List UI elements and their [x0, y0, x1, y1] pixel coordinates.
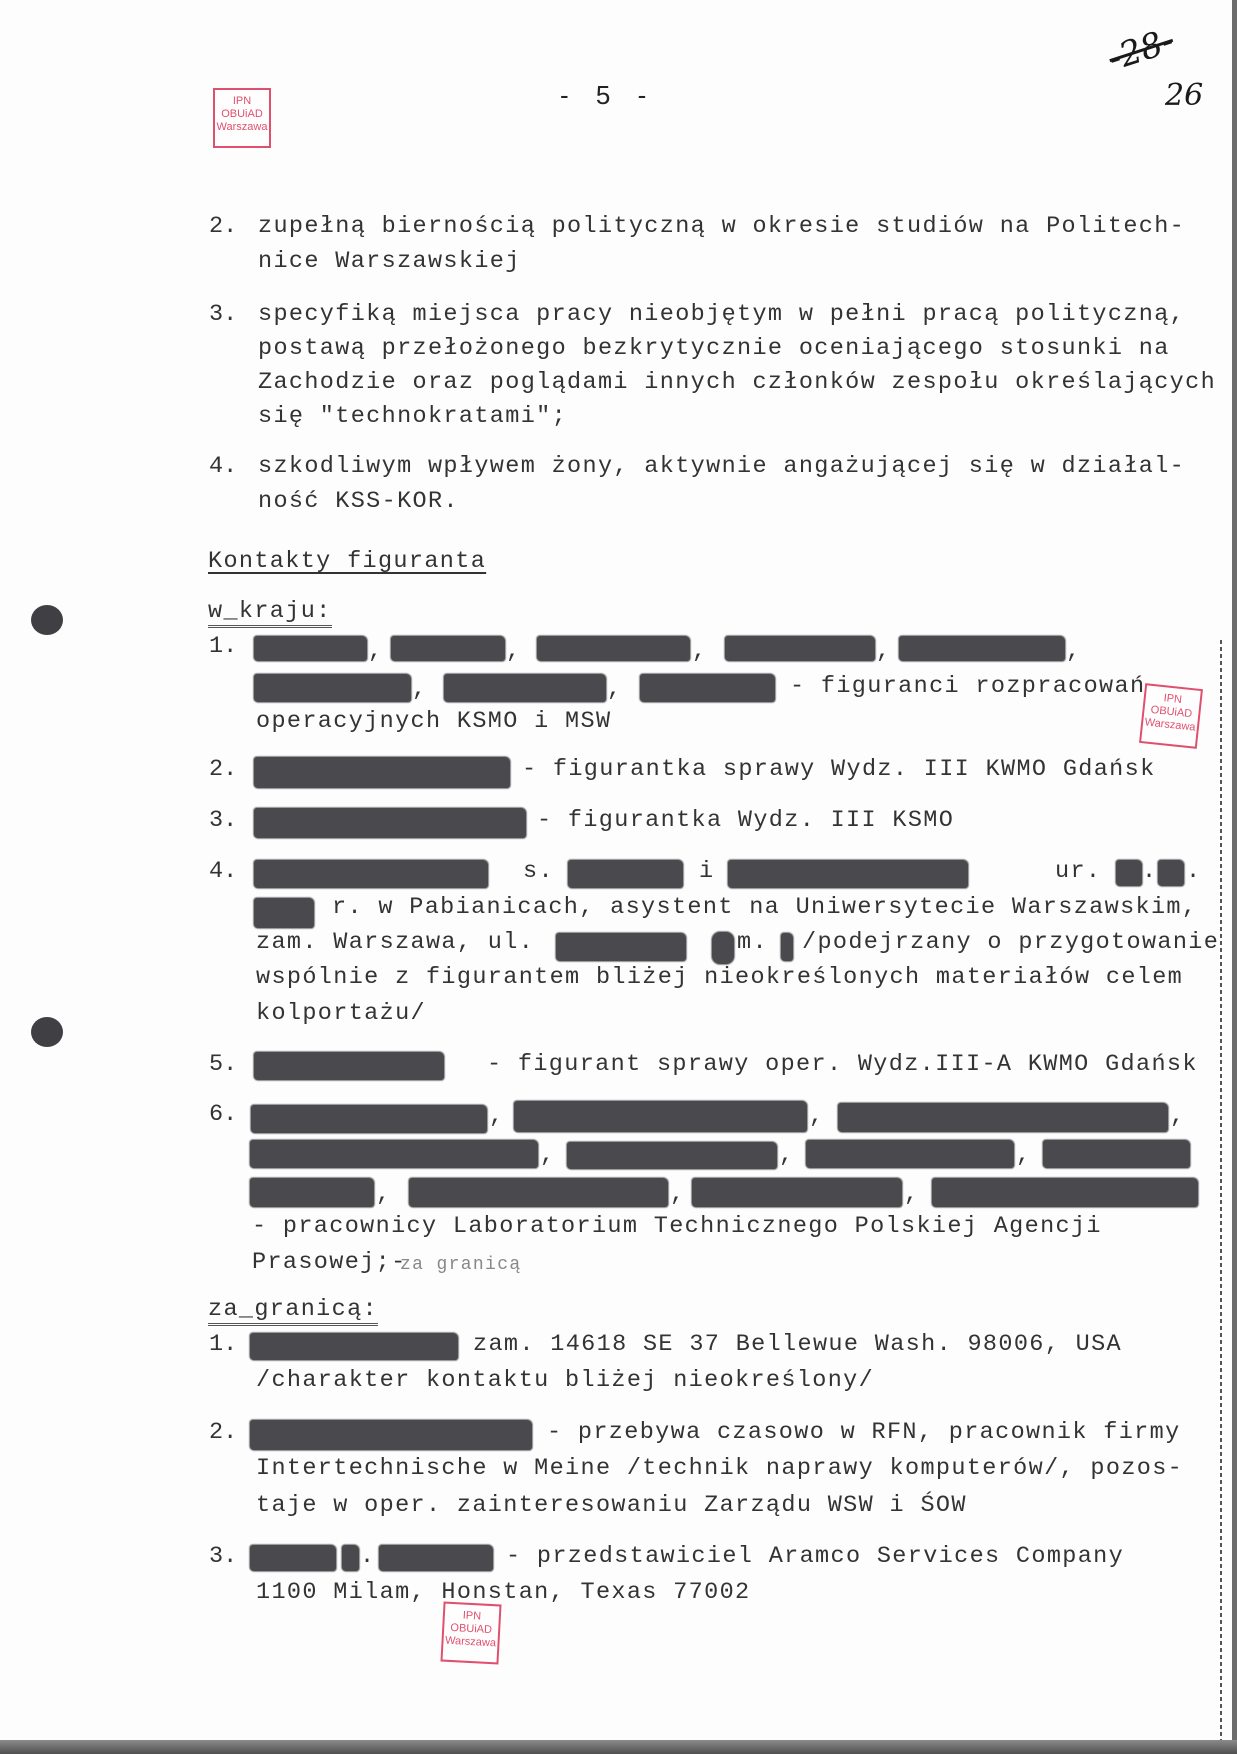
redaction-block [640, 674, 775, 702]
list-item-text: m. [737, 928, 768, 958]
list-item-text: - figurantka sprawy Wydz. III KWMO Gdańs… [522, 755, 1156, 785]
list-item-text: postawą przełożonego bezkrytycznie oceni… [258, 334, 1170, 364]
redaction-block [254, 860, 488, 888]
list-number: 2. [209, 755, 237, 785]
separator-comma: , [489, 1102, 504, 1132]
list-number: 3. [209, 806, 237, 836]
redaction-block [1116, 860, 1142, 886]
archive-stamp: IPN OBUiAD Warszawa [213, 88, 271, 148]
list-item-text: . [1142, 857, 1157, 887]
list-item-text: się "technokratami"; [258, 402, 567, 432]
list-item-text: /charakter kontaktu bliżej nieokreślony/ [256, 1366, 874, 1396]
list-item-text: Zachodzie oraz poglądami innych członków… [258, 368, 1216, 398]
list-item-text: specyfiką miejsca pracy nieobjętym w peł… [258, 300, 1185, 330]
scan-edge-bottom [0, 1740, 1237, 1754]
separator-comma: , [376, 1180, 391, 1210]
redaction-block [379, 1545, 493, 1571]
list-number: 2. [209, 1418, 237, 1448]
redaction-block [250, 1545, 336, 1571]
separator-comma: , [779, 1141, 794, 1171]
handwritten-folio-crossed: -28- [1103, 21, 1178, 80]
separator-comma: , [1066, 637, 1081, 667]
redaction-block [251, 1105, 487, 1133]
list-item-text: wspólnie z figurantem bliżej nieokreślon… [256, 963, 1183, 993]
list-item-text: r. w Pabianicach, asystent na Uniwersyte… [332, 893, 1197, 923]
separator-comma: , [506, 637, 521, 667]
redaction-block [250, 1178, 374, 1207]
list-item-text: /podejrzany o przygotowanie [802, 928, 1219, 958]
redaction-block [725, 636, 875, 661]
punch-hole-icon [31, 605, 63, 635]
list-item-text: taje w oper. zainteresowaniu Zarządu WSW… [256, 1491, 967, 1521]
redaction-block [568, 860, 683, 888]
handwritten-folio: 26 [1165, 78, 1203, 113]
redaction-block [712, 932, 734, 964]
redaction-block [444, 674, 606, 702]
separator-comma: , [1170, 1102, 1185, 1132]
redaction-block [932, 1178, 1198, 1207]
section-heading: Kontakty figuranta [208, 547, 486, 577]
redaction-block [254, 674, 411, 702]
list-item-text: - figurantka Wydz. III KSMO [537, 806, 954, 836]
redaction-block [781, 933, 793, 961]
document-page: IPN OBUiAD Warszawa IPN OBUiAD Warszawa … [0, 0, 1237, 1754]
list-item-text: . [360, 1542, 375, 1572]
separator-comma: , [904, 1180, 919, 1210]
redaction-block [409, 1178, 668, 1207]
list-item-text-faint: za granicą [400, 1250, 522, 1280]
separator-comma: , [607, 675, 622, 705]
punch-hole-icon [31, 1017, 63, 1047]
list-item-text: i [699, 857, 714, 887]
list-item-text: - przedstawiciel Aramco Services Company [506, 1542, 1124, 1572]
list-item-text: zupełną biernością polityczną w okresie … [258, 212, 1185, 242]
redaction-block [838, 1103, 1168, 1132]
list-number: 3. [209, 1542, 237, 1572]
list-number: 1. [209, 1330, 237, 1360]
redaction-block [250, 1140, 538, 1168]
list-item-text: ność KSS-KOR. [258, 487, 459, 517]
redaction-block [556, 933, 686, 961]
list-number: 6. [209, 1100, 237, 1130]
redaction-block [728, 860, 968, 888]
separator-comma: , [670, 1180, 685, 1210]
list-item-text: ur. [1055, 857, 1101, 887]
list-item-text: s. [523, 857, 554, 887]
redaction-block [567, 1142, 777, 1169]
redaction-block [899, 636, 1065, 661]
list-item-text: - przebywa czasowo w RFN, pracownik firm… [547, 1418, 1181, 1448]
list-item-text: 1100 Milam, Honstan, Texas 77002 [256, 1578, 750, 1608]
list-item-text: - figurant sprawy oper. Wydz.III-A KWMO … [487, 1050, 1198, 1080]
list-item-text: zam. 14618 SE 37 Bellewue Wash. 98006, U… [473, 1330, 1122, 1360]
list-number: 4. [209, 452, 237, 482]
stamp-text: Warszawa [215, 121, 269, 134]
redaction-block [254, 808, 526, 838]
separator-comma: , [876, 637, 891, 667]
list-item-text: - figuranci rozpracowań [790, 672, 1145, 702]
page-number: - 5 - [560, 80, 656, 111]
redaction-block [250, 1333, 458, 1360]
list-item-text: . [1186, 857, 1201, 887]
separator-comma: , [368, 637, 383, 667]
redaction-block [692, 1178, 902, 1207]
scan-edge-right [1232, 0, 1237, 1740]
list-number: 2. [209, 212, 237, 242]
redaction-block [1043, 1140, 1190, 1168]
subsection-heading: w_kraju: [208, 599, 332, 628]
list-item-text: zam. Warszawa, ul. [256, 928, 534, 958]
redaction-block [537, 636, 690, 661]
list-number: 5. [209, 1050, 237, 1080]
subsection-heading: za_granicą: [208, 1297, 378, 1326]
list-item-text: Prasowej;- [252, 1248, 407, 1278]
separator-comma: , [692, 637, 707, 667]
archive-stamp: IPN OBUiAD Warszawa [1139, 683, 1203, 749]
list-number: 3. [209, 300, 237, 330]
stamp-text: Warszawa [443, 1635, 498, 1651]
redaction-block [391, 636, 505, 661]
redaction-block [254, 636, 367, 661]
list-item-text: nice Warszawskiej [258, 247, 521, 277]
list-number: 1. [209, 632, 237, 662]
separator-comma: , [412, 675, 427, 705]
list-item-text: - pracownicy Laboratorium Technicznego P… [252, 1212, 1102, 1242]
separator-comma: , [809, 1102, 824, 1132]
list-item-text: kolportażu/ [256, 999, 426, 1029]
stamp-text: IPN [215, 95, 269, 108]
redaction-block [514, 1101, 807, 1132]
redaction-block [254, 757, 510, 788]
redaction-block [250, 1420, 532, 1450]
archive-stamp: IPN OBUiAD Warszawa [440, 1602, 501, 1665]
redaction-block [254, 898, 314, 928]
redaction-block [254, 1052, 444, 1080]
stamp-text: OBUiAD [215, 108, 269, 121]
scan-edge-right-dashed [1220, 640, 1222, 1740]
redaction-block [806, 1140, 1014, 1168]
separator-comma: , [540, 1141, 555, 1171]
redaction-block [1158, 860, 1184, 886]
list-item-text: szkodliwym wpływem żony, aktywnie angażu… [258, 452, 1185, 482]
list-number: 4. [209, 857, 237, 887]
list-item-text: operacyjnych KSMO i MSW [256, 707, 611, 737]
redaction-block [342, 1545, 359, 1571]
list-item-text: Intertechnische w Meine /technik naprawy… [256, 1454, 1183, 1484]
separator-comma: , [1016, 1141, 1031, 1171]
